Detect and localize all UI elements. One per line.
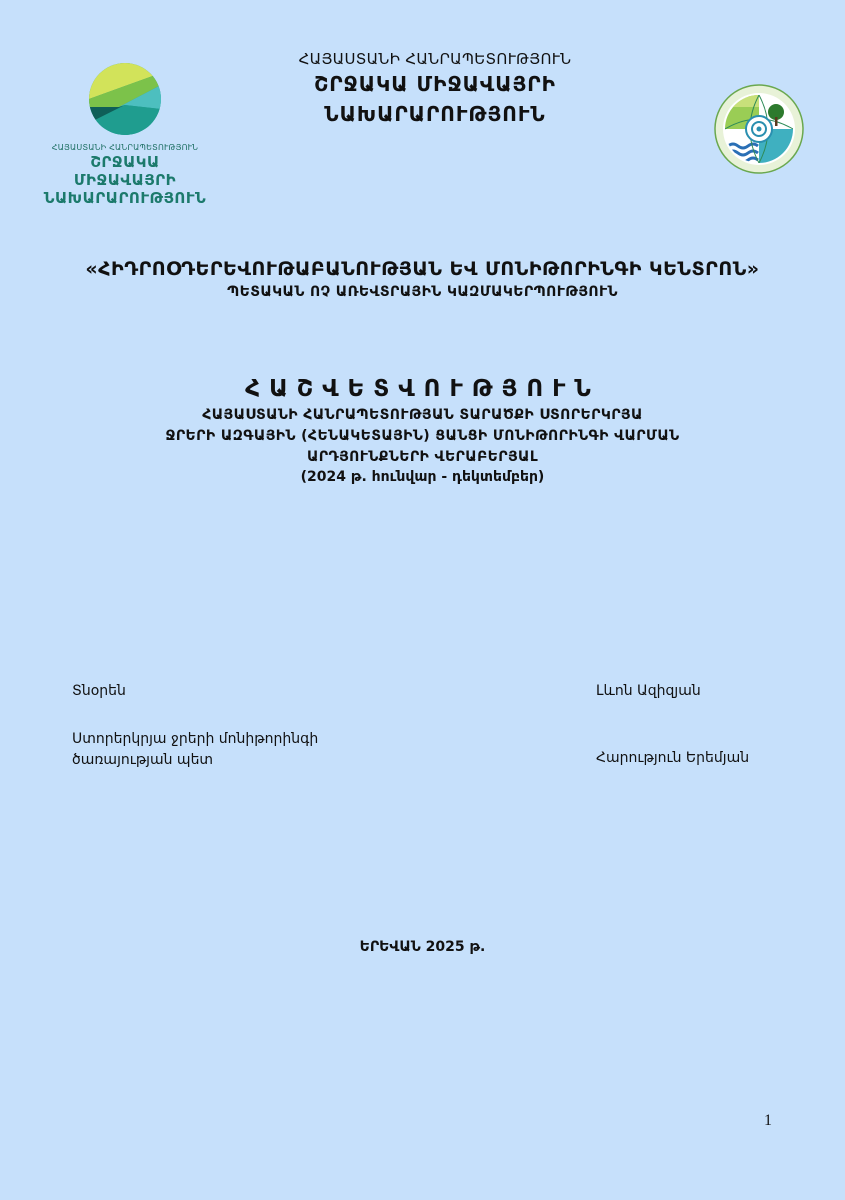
globe-logo-icon bbox=[89, 63, 161, 135]
logo-caption-line3: ՆԱԽԱՐԱՐՈՒԹՅՈՒՆ bbox=[40, 189, 210, 207]
logo-caption-country: ՀԱՅԱՍՏԱՆԻ ՀԱՆՐԱՊԵՏՈՒԹՅՈՒՆ bbox=[40, 143, 210, 152]
report-subtitle-line: ԱՐԴՅՈՒՆՔՆԵՐԻ ՎԵՐԱԲԵՐՅԱԼ bbox=[30, 447, 815, 468]
ministry-country-line: ՀԱՅԱՍՏԱՆԻ ՀԱՆՐԱՊԵՏՈՒԹՅՈՒՆ bbox=[200, 50, 670, 68]
organization-title: «ՀԻԴՐՈՕԴԵՐԵՎՈՒԹԱԲԱՆՈՒԹՅԱՆ ԵՎ ՄՈՆԻԹՈՐԻՆԳԻ… bbox=[30, 258, 815, 280]
ministry-header: ՀԱՅԱՍՏԱՆԻ ՀԱՆՐԱՊԵՏՈՒԹՅՈՒՆ ՇՐՋԱԿԱ ՄԻՋԱՎԱՅ… bbox=[200, 50, 670, 126]
director-title: Տնօրեն bbox=[72, 683, 126, 699]
ministry-logo: ՀԱՅԱՍՏԱՆԻ ՀԱՆՐԱՊԵՏՈՒԹՅՈՒՆ ՇՐՋԱԿԱ ՄԻՋԱՎԱՅ… bbox=[40, 60, 210, 207]
service-head-title-line2: ծառայության պետ bbox=[72, 750, 318, 771]
ministry-name-line1: ՇՐՋԱԿԱ ՄԻՋԱՎԱՅՐԻ bbox=[200, 72, 670, 96]
report-title-block: ՀԱՇՎԵՏՎՈՒԹՅՈՒՆ ՀԱՅԱՍՏԱՆԻ ՀԱՆՐԱՊԵՏՈՒԹՅԱՆ … bbox=[30, 376, 815, 485]
organization-name: «ՀԻԴՐՈՕԴԵՐԵՎՈՒԹԱԲԱՆՈՒԹՅԱՆ ԵՎ ՄՈՆԻԹՈՐԻՆԳԻ… bbox=[30, 258, 815, 300]
ministry-name-line2: ՆԱԽԱՐԱՐՈՒԹՅՈՒՆ bbox=[200, 102, 670, 126]
page-number: 1 bbox=[764, 1112, 772, 1130]
director-name: Լևոն Ազիզյան bbox=[596, 683, 701, 699]
report-title: ՀԱՇՎԵՏՎՈՒԹՅՈՒՆ bbox=[30, 376, 815, 402]
report-period: (2024 թ. հունվար - դեկտեմբեր) bbox=[30, 469, 815, 485]
report-subtitle-line: ՀԱՅԱՍՏԱՆԻ ՀԱՆՐԱՊԵՏՈՒԹՅԱՆ ՏԱՐԱԾՔԻ ՍՏՈՐԵՐԿ… bbox=[30, 405, 815, 426]
service-head-title: Ստորերկրյա ջրերի մոնիթորինգի ծառայության… bbox=[72, 729, 318, 771]
service-head-title-line1: Ստորերկրյա ջրերի մոնիթորինգի bbox=[72, 729, 318, 750]
logo-caption-line2: ՇՐՋԱԿԱ ՄԻՋԱՎԱՅՐԻ bbox=[40, 153, 210, 189]
city-year: ԵՐԵՎԱՆ 2025 թ. bbox=[0, 939, 845, 955]
monitoring-center-emblem-icon bbox=[714, 84, 804, 174]
report-subtitle-line: ՋՐԵՐԻ ԱԶԳԱՅԻՆ (ՀԵՆԱԿԵՏԱՅԻՆ) ՑԱՆՑԻ ՄՈՆԻԹՈ… bbox=[30, 426, 815, 447]
service-head-name: Հարություն Երեմյան bbox=[596, 750, 749, 766]
organization-type: ՊԵՏԱԿԱՆ ՈՉ ԱՌԵՎՏՐԱՅԻՆ ԿԱԶՄԱԿԵՐՊՈՒԹՅՈՒՆ bbox=[30, 284, 815, 300]
